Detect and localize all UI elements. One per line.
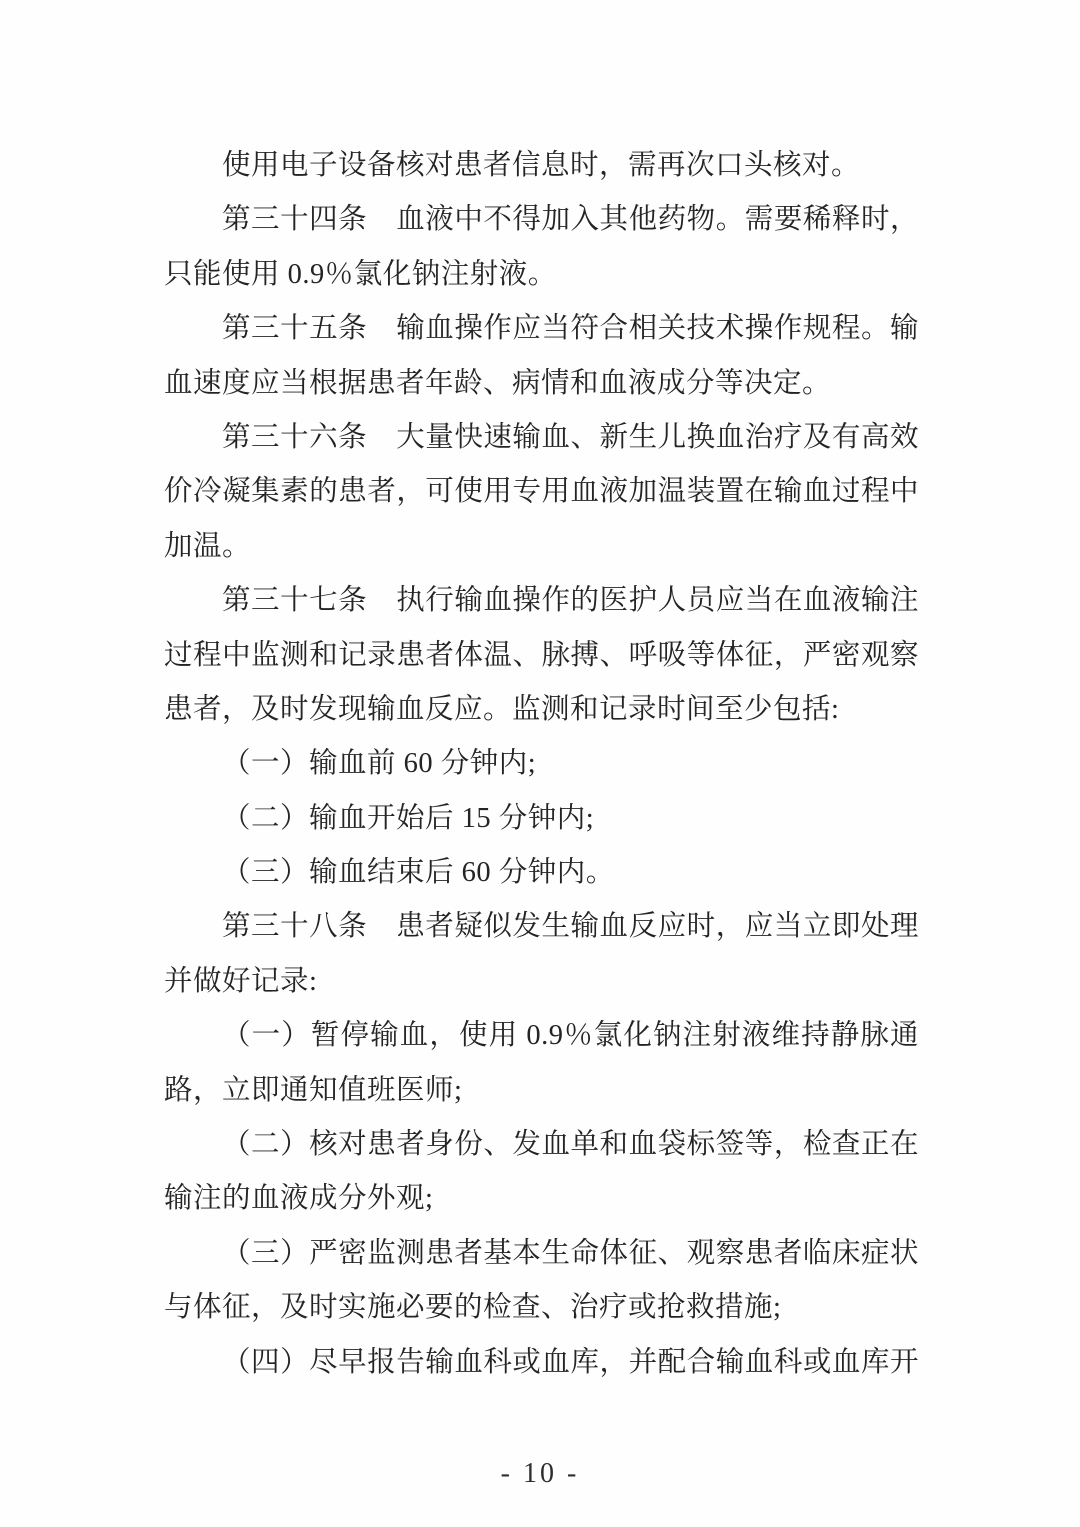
text-line: 第三十六条 大量快速输血、新生儿换血治疗及有高效 (164, 411, 919, 465)
text-line: 患者，及时发现输血反应。监测和记录时间至少包括: (164, 683, 919, 737)
text-line: （三）输血结束后 60 分钟内。 (164, 846, 919, 900)
document-page: 使用电子设备核对患者信息时，需再次口头核对。第三十四条 血液中不得加入其他药物。… (0, 0, 1080, 1527)
text-line: 并做好记录: (164, 955, 919, 1009)
text-line: 输注的血液成分外观; (164, 1172, 919, 1226)
text-line: （二）输血开始后 15 分钟内; (164, 792, 919, 846)
text-line: 第三十七条 执行输血操作的医护人员应当在血液输注 (164, 574, 919, 628)
text-line: 与体征，及时实施必要的检查、治疗或抢救措施; (164, 1281, 919, 1335)
text-line: （一）输血前 60 分钟内; (164, 737, 919, 791)
text-line: （一）暂停输血，使用 0.9％氯化钠注射液维持静脉通 (164, 1009, 919, 1063)
text-line: 价冷凝集素的患者，可使用专用血液加温装置在输血过程中 (164, 465, 919, 519)
text-line: 只能使用 0.9％氯化钠注射液。 (164, 248, 919, 302)
text-line: （三）严密监测患者基本生命体征、观察患者临床症状 (164, 1227, 919, 1281)
text-line: 路，立即通知值班医师; (164, 1064, 919, 1118)
text-line: 血速度应当根据患者年龄、病情和血液成分等决定。 (164, 357, 919, 411)
text-line: 加温。 (164, 520, 919, 574)
document-body: 使用电子设备核对患者信息时，需再次口头核对。第三十四条 血液中不得加入其他药物。… (164, 139, 919, 1390)
text-line: 过程中监测和记录患者体温、脉搏、呼吸等体征，严密观察 (164, 629, 919, 683)
text-line: 第三十五条 输血操作应当符合相关技术操作规程。输 (164, 302, 919, 356)
text-line: 使用电子设备核对患者信息时，需再次口头核对。 (164, 139, 919, 193)
text-line: 第三十四条 血液中不得加入其他药物。需要稀释时， (164, 193, 919, 247)
text-line: （二）核对患者身份、发血单和血袋标签等，检查正在 (164, 1118, 919, 1172)
text-line: 第三十八条 患者疑似发生输血反应时，应当立即处理 (164, 900, 919, 954)
page-number: - 10 - (0, 1452, 1080, 1496)
text-line: （四）尽早报告输血科或血库，并配合输血科或血库开 (164, 1336, 919, 1390)
